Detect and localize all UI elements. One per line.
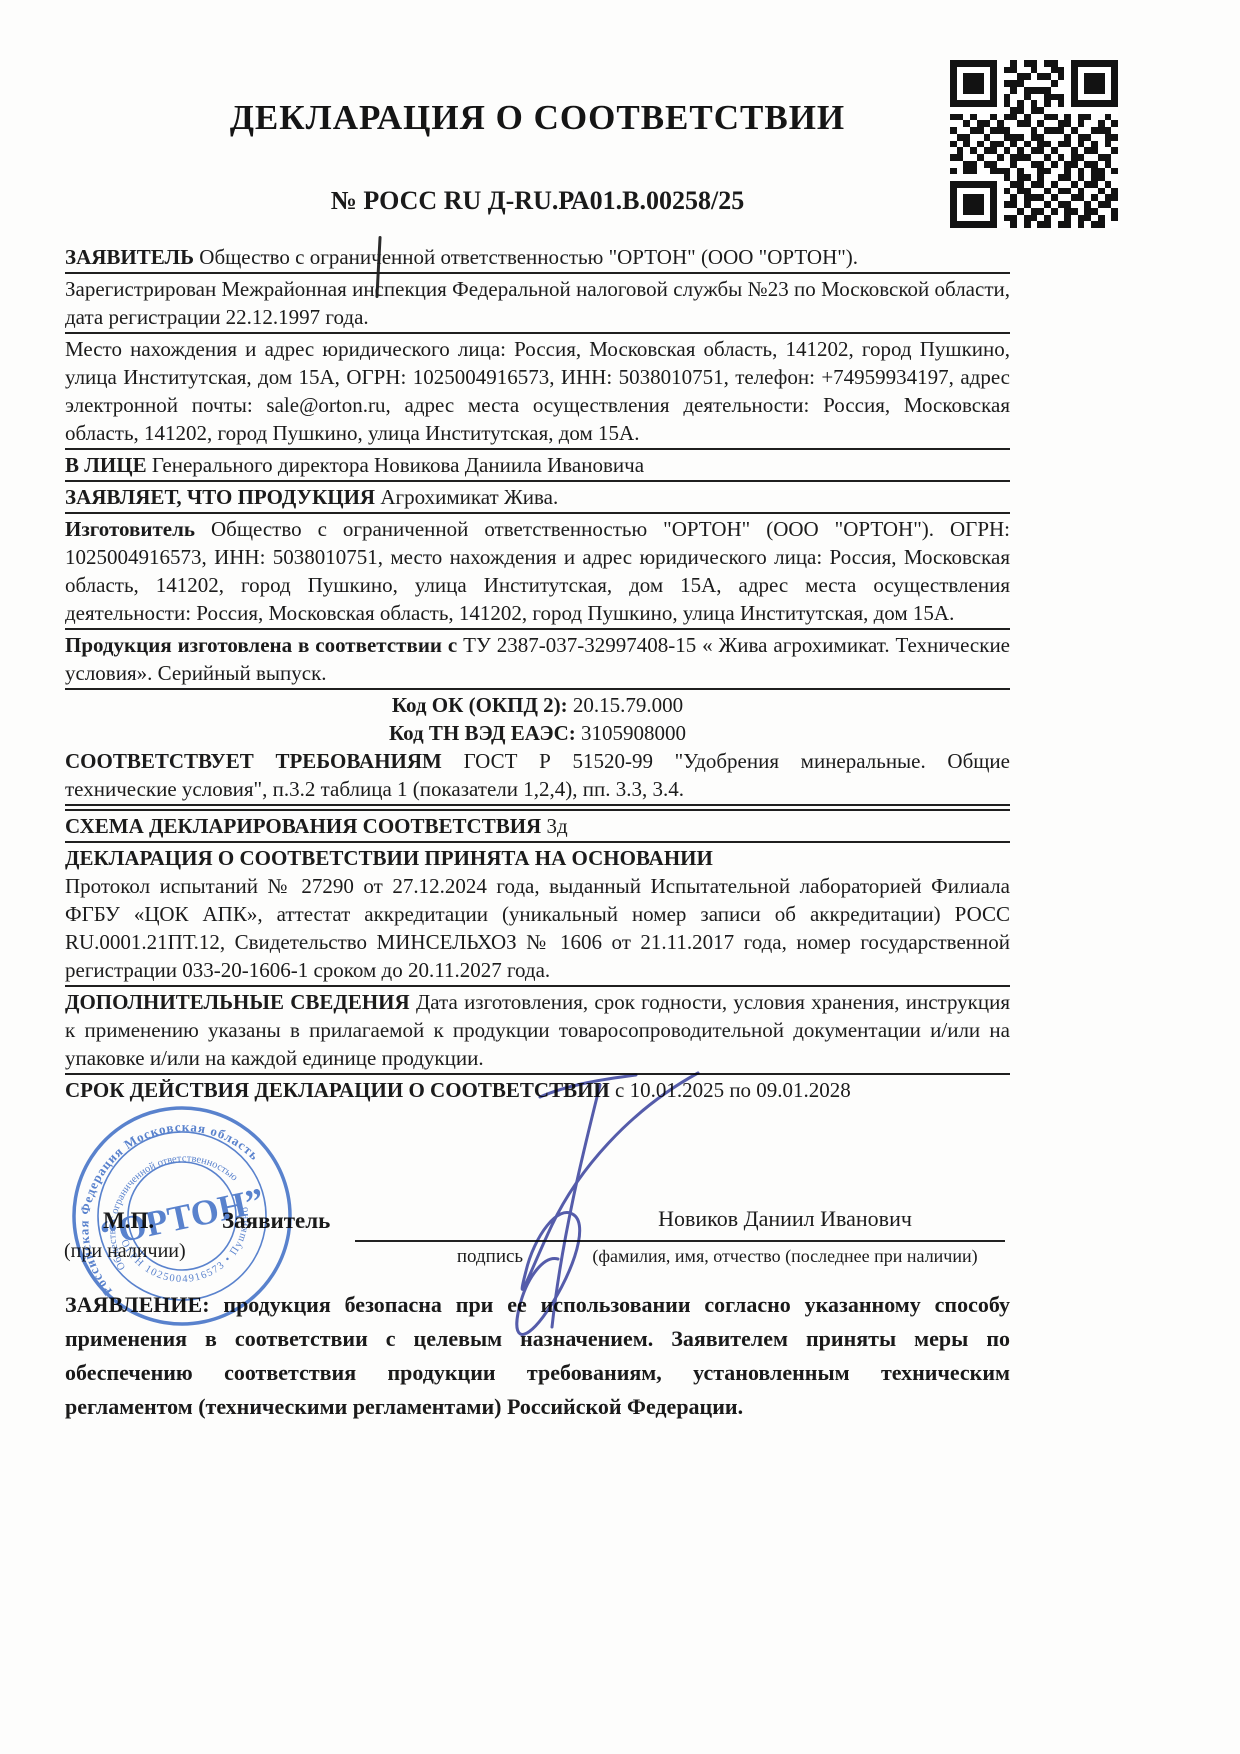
- section-divider: [65, 841, 1010, 843]
- scheme-value: 3д: [546, 814, 567, 838]
- additional-label: ДОПОЛНИТЕЛЬНЫЕ СВЕДЕНИЯ: [65, 990, 410, 1014]
- registration-section: Зарегистрирован Межрайонная инспекция Фе…: [65, 275, 1010, 331]
- in-person-value: Генерального директора Новикова Даниила …: [152, 453, 644, 477]
- declares-value: Агрохимикат Жива.: [380, 485, 558, 509]
- declares-section: ЗАЯВЛЯЕТ, ЧТО ПРОДУКЦИЯ Агрохимикат Жива…: [65, 483, 1010, 511]
- conforms-label: СООТВЕТСТВУЕТ ТРЕБОВАНИЯМ: [65, 749, 442, 773]
- section-divider: [65, 332, 1010, 334]
- code-ok-value: 20.15.79.000: [573, 693, 683, 717]
- basis-header: ДЕКЛАРАЦИЯ О СООТВЕТСТВИИ ПРИНЯТА НА ОСН…: [65, 844, 1010, 872]
- section-divider: [65, 512, 1010, 514]
- address-section: Место нахождения и адрес юридического ли…: [65, 335, 1010, 447]
- declaration-document-page: ДЕКЛАРАЦИЯ О СООТВЕТСТВИИ № РОСС RU Д-RU…: [0, 0, 1240, 1754]
- produced-label: Продукция изготовлена в соответствии с: [65, 633, 457, 657]
- code-ok-label: Код ОК (ОКПД 2):: [392, 693, 568, 717]
- code-tn-label: Код ТН ВЭД ЕАЭС:: [389, 721, 576, 745]
- section-divider-double: [65, 804, 1010, 811]
- code-tn-value: 3105908000: [581, 721, 686, 745]
- declares-label: ЗАЯВЛЯЕТ, ЧТО ПРОДУКЦИЯ: [65, 485, 375, 509]
- applicant-section: ЗАЯВИТЕЛЬ Общество с ограниченной ответс…: [65, 243, 1010, 271]
- manufacturer-value: Общество с ограниченной ответственностью…: [65, 517, 1010, 625]
- signature-dash-stroke: [540, 1075, 636, 1097]
- basis-label: ДЕКЛАРАЦИЯ О СООТВЕТСТВИИ ПРИНЯТА НА ОСН…: [65, 846, 713, 870]
- scheme-label: СХЕМА ДЕКЛАРИРОВАНИЯ СООТВЕТСТВИЯ: [65, 814, 541, 838]
- manufacturer-label: Изготовитель: [65, 517, 195, 541]
- code-tn-row: Код ТН ВЭД ЕАЭС: 3105908000: [65, 719, 1010, 747]
- declaration-number: № РОСС RU Д-RU.РА01.В.00258/25: [65, 186, 1010, 216]
- in-person-label: В ЛИЦЕ: [65, 453, 147, 477]
- handwritten-signature: [300, 1055, 750, 1365]
- section-divider: [65, 628, 1010, 630]
- qr-code-icon: [950, 60, 1118, 228]
- section-divider: [65, 272, 1010, 274]
- section-divider: [65, 985, 1010, 987]
- scheme-section: СХЕМА ДЕКЛАРИРОВАНИЯ СООТВЕТСТВИЯ 3д: [65, 812, 1010, 840]
- document-body: ЗАЯВИТЕЛЬ Общество с ограниченной ответс…: [65, 243, 1010, 1104]
- applicant-value: Общество с ограниченной ответственностью…: [199, 245, 858, 269]
- applicant-label: ЗАЯВИТЕЛЬ: [65, 245, 194, 269]
- code-ok-row: Код ОК (ОКПД 2): 20.15.79.000: [65, 691, 1010, 719]
- page-title: ДЕКЛАРАЦИЯ О СООТВЕТСТВИИ: [65, 98, 1010, 138]
- conforms-section: СООТВЕТСТВУЕТ ТРЕБОВАНИЯМ ГОСТ Р 51520-9…: [65, 747, 1010, 803]
- basis-section: Протокол испытаний № 27290 от 27.12.2024…: [65, 872, 1010, 984]
- signature-main-stroke: [517, 1073, 698, 1334]
- manufacturer-section: Изготовитель Общество с ограниченной отв…: [65, 515, 1010, 627]
- section-divider: [65, 688, 1010, 690]
- section-divider: [65, 448, 1010, 450]
- section-divider: [65, 480, 1010, 482]
- produced-section: Продукция изготовлена в соответствии с Т…: [65, 631, 1010, 687]
- company-stamp-icon: Российская Федерация Московская область …: [62, 1096, 302, 1336]
- in-person-section: В ЛИЦЕ Генерального директора Новикова Д…: [65, 451, 1010, 479]
